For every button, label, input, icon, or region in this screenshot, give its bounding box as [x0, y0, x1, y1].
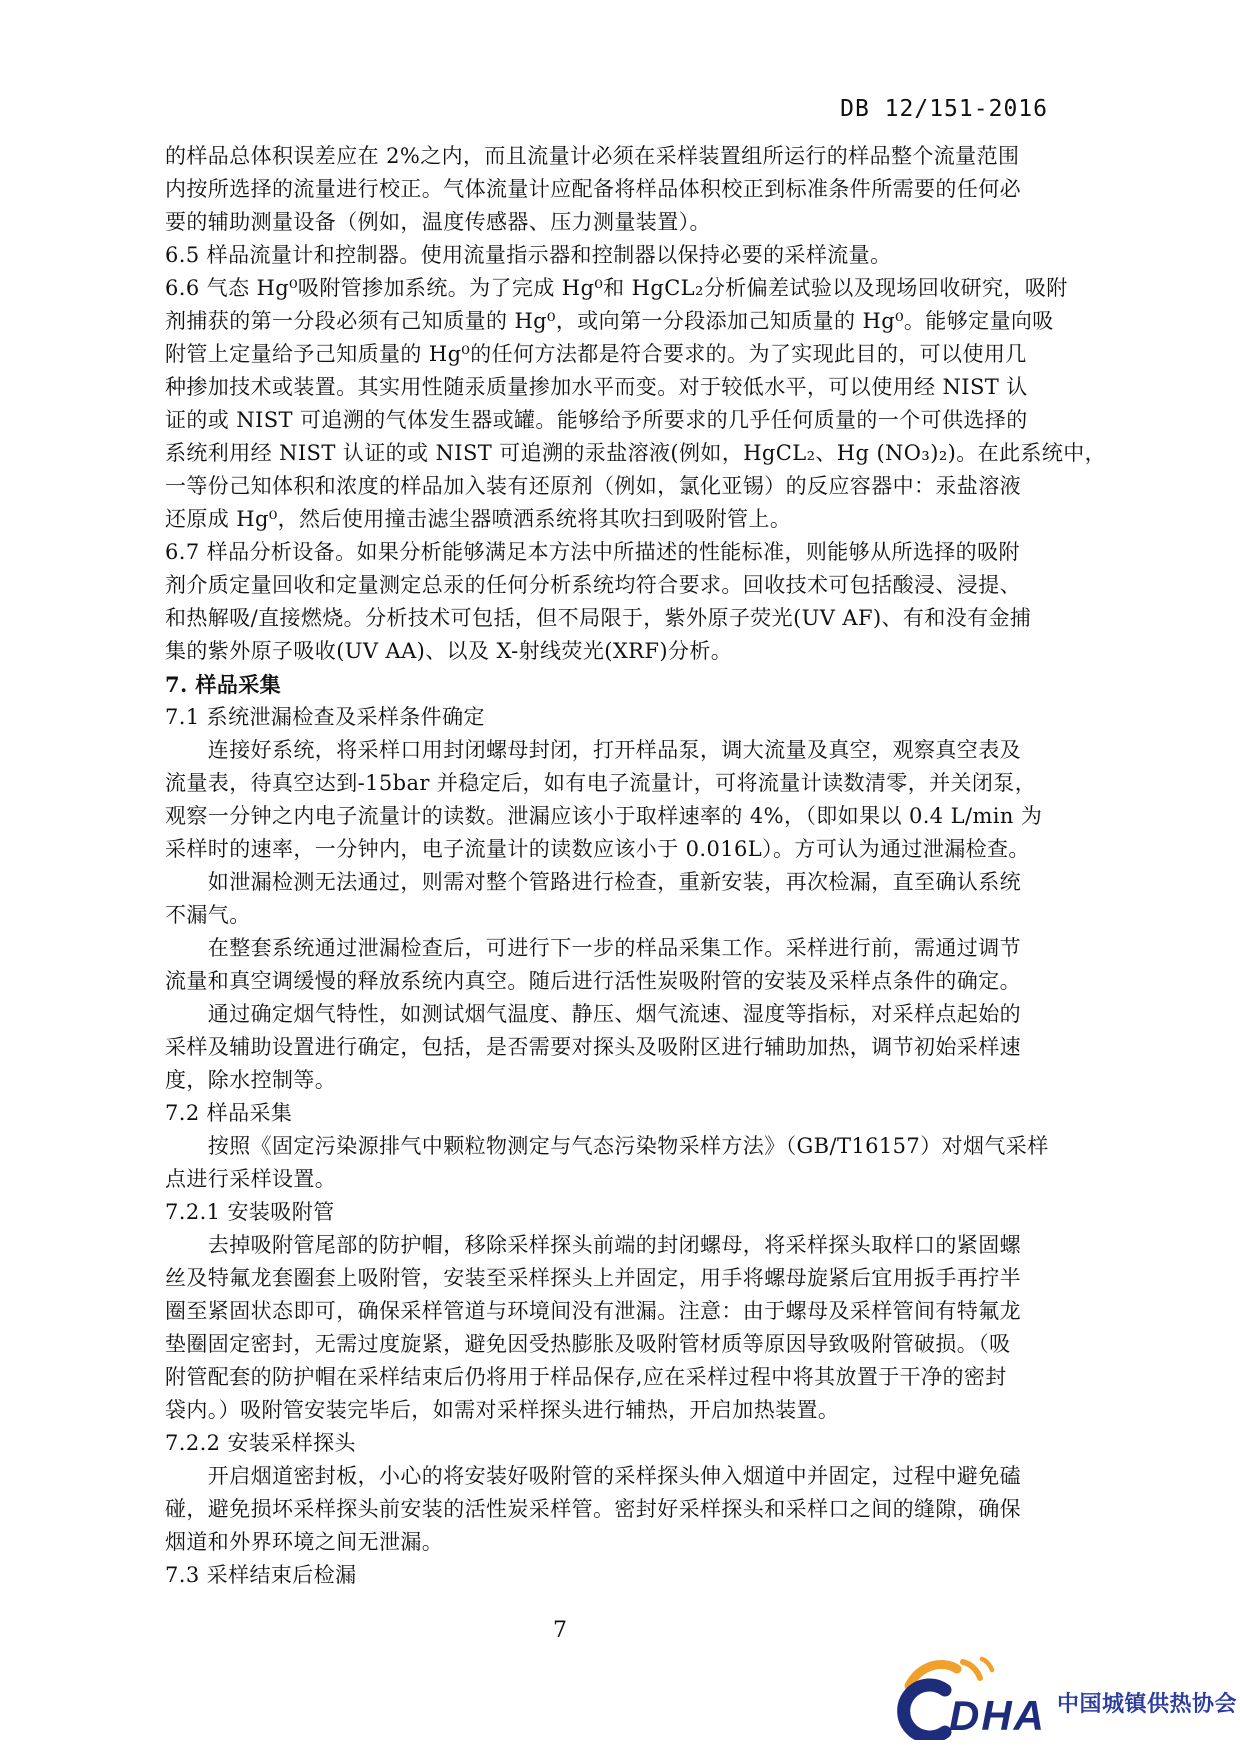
text-line: 要的辅助测量设备（例如，温度传感器、压力测量装置）。	[165, 206, 983, 239]
text-line: 6.6 气态 Hg⁰吸附管掺加系统。为了完成 Hg⁰和 HgCL₂分析偏差试验以…	[165, 272, 983, 305]
logo-flame-arc-medium	[963, 1662, 980, 1678]
page-number: 7	[165, 1618, 955, 1643]
text-line: 通过确定烟气特性，如测试烟气温度、静压、烟气流速、湿度等指标，对采样点起始的	[165, 998, 983, 1031]
text-line: 7.1 系统泄漏检查及采样条件确定	[165, 701, 983, 734]
body-text: 的样品总体积误差应在 2%之内，而且流量计必须在采样装置组所运行的样品整个流量范…	[165, 140, 983, 1592]
text-line: 在整套系统通过泄漏检查后，可进行下一步的样品采集工作。采样进行前，需通过调节	[165, 932, 983, 965]
text-line: 7. 样品采集	[165, 668, 983, 701]
text-line: 种掺加技术或装置。其实用性随汞质量掺加水平而变。对于较低水平，可以使用经 NIS…	[165, 371, 983, 404]
text-line: 如泄漏检测无法通过，则需对整个管路进行检查，重新安装，再次检漏，直至确认系统	[165, 866, 983, 899]
text-line: 连接好系统，将采样口用封闭螺母封闭，打开样品泵，调大流量及真空，观察真空表及	[165, 734, 983, 767]
cdha-logo: DHA 中国城镇供热协会	[893, 1656, 1237, 1740]
text-line: 丝及特氟龙套圈套上吸附管，安装至采样探头上并固定，用手将螺母旋紧后宜用扳手再拧半	[165, 1262, 983, 1295]
text-line: 流量表，待真空达到-15bar 并稳定后，如有电子流量计，可将流量计读数清零，并…	[165, 767, 983, 800]
text-line: 和热解吸/直接燃烧。分析技术可包括，但不局限于，紫外原子荧光(UV AF)、有和…	[165, 602, 983, 635]
text-line: 圈至紧固状态即可，确保采样管道与环境间没有泄漏。注意：由于螺母及采样管间有特氟龙	[165, 1295, 983, 1328]
text-line: 采样及辅助设置进行确定，包括，是否需要对探头及吸附区进行辅助加热，调节初始采样速	[165, 1031, 983, 1064]
document-number: DB 12/151-2016	[0, 96, 1048, 122]
text-line: 采样时的速率，一分钟内，电子流量计的读数应该小于 0.016L）。方可认为通过泄…	[165, 833, 983, 866]
text-line: 7.2.1 安装吸附管	[165, 1196, 983, 1229]
text-line: 6.5 样品流量计和控制器。使用流量指示器和控制器以保持必要的采样流量。	[165, 239, 983, 272]
text-line: 系统利用经 NIST 认证的或 NIST 可追溯的汞盐溶液(例如，HgCL₂、H…	[165, 437, 983, 470]
text-line: 7.2 样品采集	[165, 1097, 983, 1130]
text-line: 按照《固定污染源排气中颗粒物测定与气态污染物采样方法》（GB/T16157）对烟…	[165, 1130, 983, 1163]
text-line: 开启烟道密封板，小心的将安装好吸附管的采样探头伸入烟道中并固定，过程中避免磕	[165, 1460, 983, 1493]
text-line: 内按所选择的流量进行校正。气体流量计应配备将样品体积校正到标准条件所需要的任何必	[165, 173, 983, 206]
text-line: 还原成 Hg⁰，然后使用撞击滤尘器喷洒系统将其吹扫到吸附管上。	[165, 503, 983, 536]
text-line: 剂介质定量回收和定量测定总汞的任何分析系统均符合要求。回收技术可包括酸浸、浸提、	[165, 569, 983, 602]
text-line: 垫圈固定密封，无需过度旋紧，避免因受热膨胀及吸附管材质等原因导致吸附管破损。（吸	[165, 1328, 983, 1361]
text-line: 碰，避免损坏采样探头前安装的活性炭采样管。密封好采样探头和采样口之间的缝隙，确保	[165, 1493, 983, 1526]
logo-crescent-c	[904, 1685, 945, 1737]
logo-flame-arc-small	[982, 1659, 992, 1670]
cdha-logo-icon: DHA	[893, 1656, 1051, 1740]
logo-abbr-text: DHA	[949, 1692, 1046, 1739]
text-line: 流量和真空调缓慢的释放系统内真空。随后进行活性炭吸附管的安装及采样点条件的确定。	[165, 965, 983, 998]
text-line: 的样品总体积误差应在 2%之内，而且流量计必须在采样装置组所运行的样品整个流量范…	[165, 140, 983, 173]
text-line: 集的紫外原子吸收(UV AA)、以及 X-射线荧光(XRF)分析。	[165, 635, 983, 668]
text-line: 不漏气。	[165, 899, 983, 932]
text-line: 附管配套的防护帽在采样结束后仍将用于样品保存,应在采样过程中将其放置于干净的密封	[165, 1361, 983, 1394]
text-line: 点进行采样设置。	[165, 1163, 983, 1196]
text-line: 去掉吸附管尾部的防护帽，移除采样探头前端的封闭螺母，将采样探头取样口的紧固螺	[165, 1229, 983, 1262]
text-line: 度，除水控制等。	[165, 1064, 983, 1097]
text-line: 证的或 NIST 可追溯的气体发生器或罐。能够给予所要求的几乎任何质量的一个可供…	[165, 404, 983, 437]
text-line: 6.7 样品分析设备。如果分析能够满足本方法中所描述的性能标准，则能够从所选择的…	[165, 536, 983, 569]
document-page: DB 12/151-2016 的样品总体积误差应在 2%之内，而且流量计必须在采…	[0, 0, 1240, 1754]
text-line: 附管上定量给予己知质量的 Hg⁰的任何方法都是符合要求的。为了实现此目的，可以使…	[165, 338, 983, 371]
logo-org-name: 中国城镇供热协会	[1057, 1687, 1237, 1718]
text-line: 7.3 采样结束后检漏	[165, 1559, 983, 1592]
text-line: 袋内。）吸附管安装完毕后，如需对采样探头进行辅热，开启加热装置。	[165, 1394, 983, 1427]
text-line: 一等份己知体积和浓度的样品加入装有还原剂（例如，氯化亚锡）的反应容器中：汞盐溶液	[165, 470, 983, 503]
text-line: 剂捕获的第一分段必须有己知质量的 Hg⁰，或向第一分段添加己知质量的 Hg⁰。能…	[165, 305, 983, 338]
text-line: 观察一分钟之内电子流量计的读数。泄漏应该小于取样速率的 4%，（即如果以 0.4…	[165, 800, 983, 833]
text-line: 7.2.2 安装采样探头	[165, 1427, 983, 1460]
text-line: 烟道和外界环境之间无泄漏。	[165, 1526, 983, 1559]
